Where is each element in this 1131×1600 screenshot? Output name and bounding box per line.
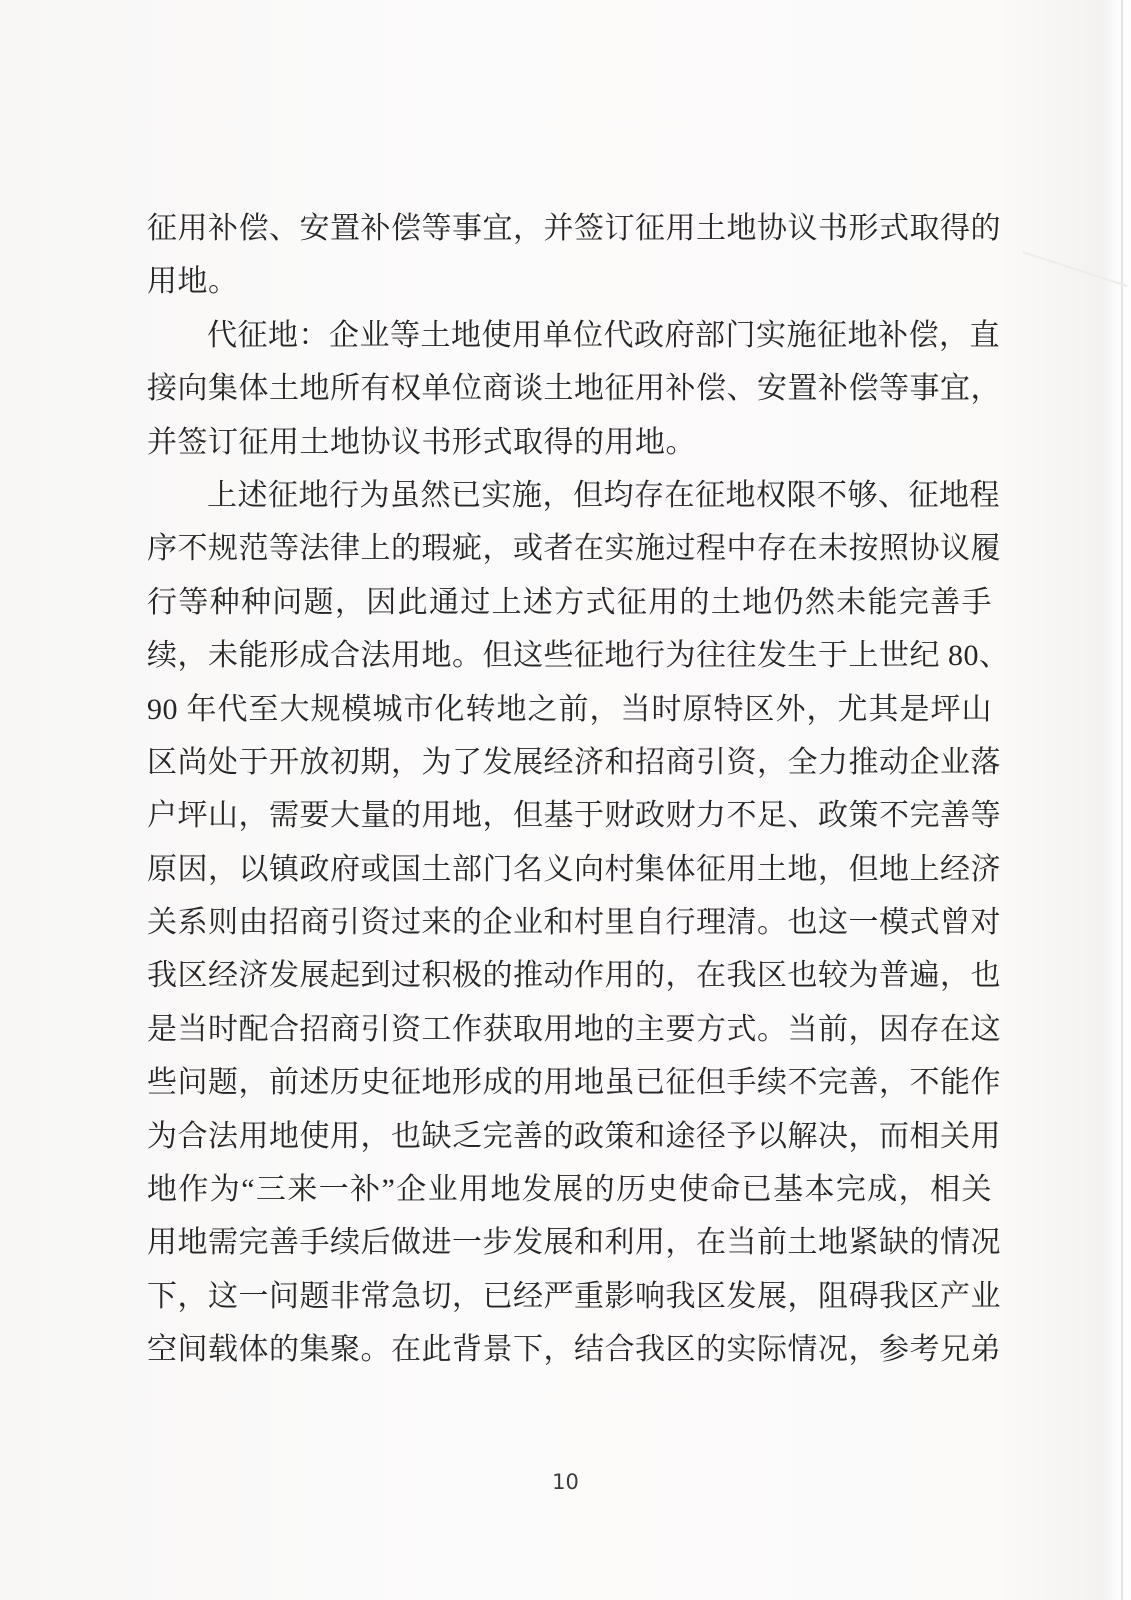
text-line: 下，这一问题非常急切，已经严重影响我区发展，阻碍我区产业 — [147, 1270, 992, 1323]
scan-artifact — [1022, 251, 1127, 287]
text-line: 原因，以镇政府或国土部门名义向村集体征用土地，但地上经济 — [147, 843, 992, 896]
text-line: 行等种种问题，因此通过上述方式征用的土地仍然未能完善手 — [147, 576, 992, 629]
text-line: 并签订征用土地协议书形式取得的用地。 — [147, 416, 992, 469]
scan-edge-line — [1121, 0, 1123, 1600]
text-line: 户坪山，需要大量的用地，但基于财政财力不足、政策不完善等 — [147, 789, 992, 842]
text-line: 地作为“三来一补”企业用地发展的历史使命已基本完成，相关 — [147, 1163, 992, 1216]
text-line: 是当时配合招商引资工作获取用地的主要方式。当前，因存在这 — [147, 1003, 992, 1056]
text-line: 征用补偿、安置补偿等事宜，并签订征用土地协议书形式取得的 — [147, 202, 992, 255]
text-line: 些问题，前述历史征地形成的用地虽已征但手续不完善，不能作 — [147, 1056, 992, 1109]
page-number: 10 — [0, 1470, 1131, 1494]
text-line: 代征地：企业等土地使用单位代政府部门实施征地补偿，直 — [147, 309, 992, 362]
text-line: 用地。 — [147, 255, 992, 308]
text-line: 用地需完善手续后做进一步发展和利用，在当前土地紧缺的情况 — [147, 1216, 992, 1269]
text-line: 为合法用地使用，也缺乏完善的政策和途径予以解决，而相关用 — [147, 1110, 992, 1163]
text-line: 序不规范等法律上的瑕疵，或者在实施过程中存在未按照协议履 — [147, 522, 992, 575]
document-body: 征用补偿、安置补偿等事宜，并签订征用土地协议书形式取得的用地。代征地：企业等土地… — [147, 202, 992, 1377]
scanned-document-page: 征用补偿、安置补偿等事宜，并签订征用土地协议书形式取得的用地。代征地：企业等土地… — [0, 0, 1131, 1600]
text-line: 90 年代至大规模城市化转地之前，当时原特区外，尤其是坪山 — [147, 683, 992, 736]
text-line: 接向集体土地所有权单位商谈土地征用补偿、安置补偿等事宜， — [147, 362, 992, 415]
text-line: 区尚处于开放初期，为了发展经济和招商引资，全力推动企业落 — [147, 736, 992, 789]
text-line: 上述征地行为虽然已实施，但均存在征地权限不够、征地程 — [147, 469, 992, 522]
text-line: 续，未能形成合法用地。但这些征地行为往往发生于上世纪 80、 — [147, 629, 992, 682]
text-line: 我区经济发展起到过积极的推动作用的，在我区也较为普遍，也 — [147, 949, 992, 1002]
text-line: 关系则由招商引资过来的企业和村里自行理清。也这一模式曾对 — [147, 896, 992, 949]
text-line: 空间载体的集聚。在此背景下，结合我区的实际情况，参考兄弟 — [147, 1323, 992, 1376]
